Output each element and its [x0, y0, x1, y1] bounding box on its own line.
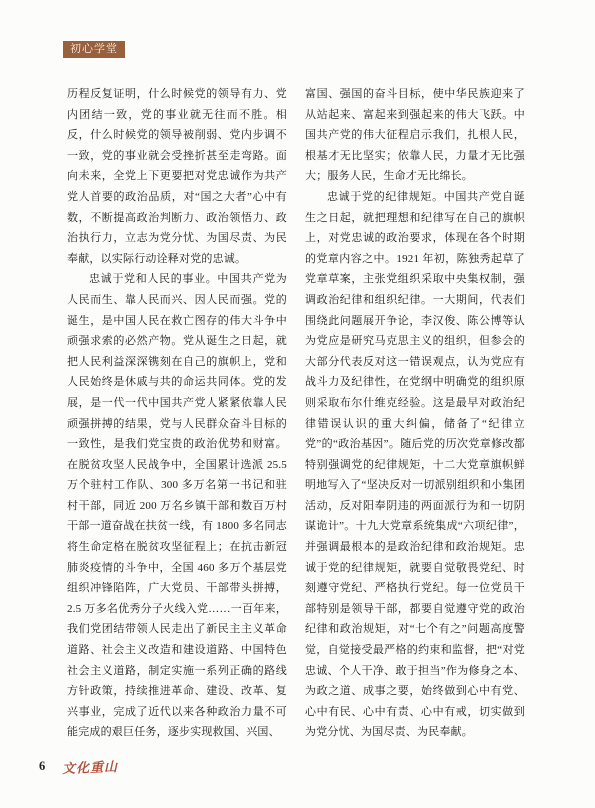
paragraph-continuation: 富国、强国的奋斗目标，使中华民族迎来了从站起来、富起来到强起来的伟大飞跃。中国共… [305, 84, 525, 187]
paragraph-loyal-to-party-and-people: 忠诚于党和人民的事业。中国共产党为人民而生、靠人民而兴、因人民而强。党的诞生，是… [67, 269, 287, 743]
text-column-right: 富国、强国的奋斗目标，使中华民族迎来了从站起来、富起来到强起来的伟大飞跃。中国共… [305, 84, 525, 743]
text-column-left: 历程反复证明，什么时候党的领导有力、党内团结一致，党的事业就无往而不胜。相反，什… [67, 84, 287, 743]
page-footer: 6 文化重山 [39, 755, 339, 777]
journal-logo: 文化重山 [62, 756, 119, 777]
magazine-page: 初心学堂 历程反复证明，什么时候党的领导有力、党内团结一致，党的事业就无往而不胜… [0, 0, 595, 808]
paragraph-continuation: 历程反复证明，什么时候党的领导有力、党内团结一致，党的事业就无往而不胜。相反，什… [67, 84, 287, 269]
section-badge: 初心学堂 [63, 41, 125, 58]
paragraph-loyal-to-party-discipline: 忠诚于党的纪律规矩。中国共产党自诞生之日起，就把理想和纪律写在自己的旗帜上，对党… [305, 187, 525, 743]
article-body: 历程反复证明，什么时候党的领导有力、党内团结一致，党的事业就无往而不胜。相反，什… [67, 84, 525, 743]
page-number: 6 [39, 759, 45, 774]
